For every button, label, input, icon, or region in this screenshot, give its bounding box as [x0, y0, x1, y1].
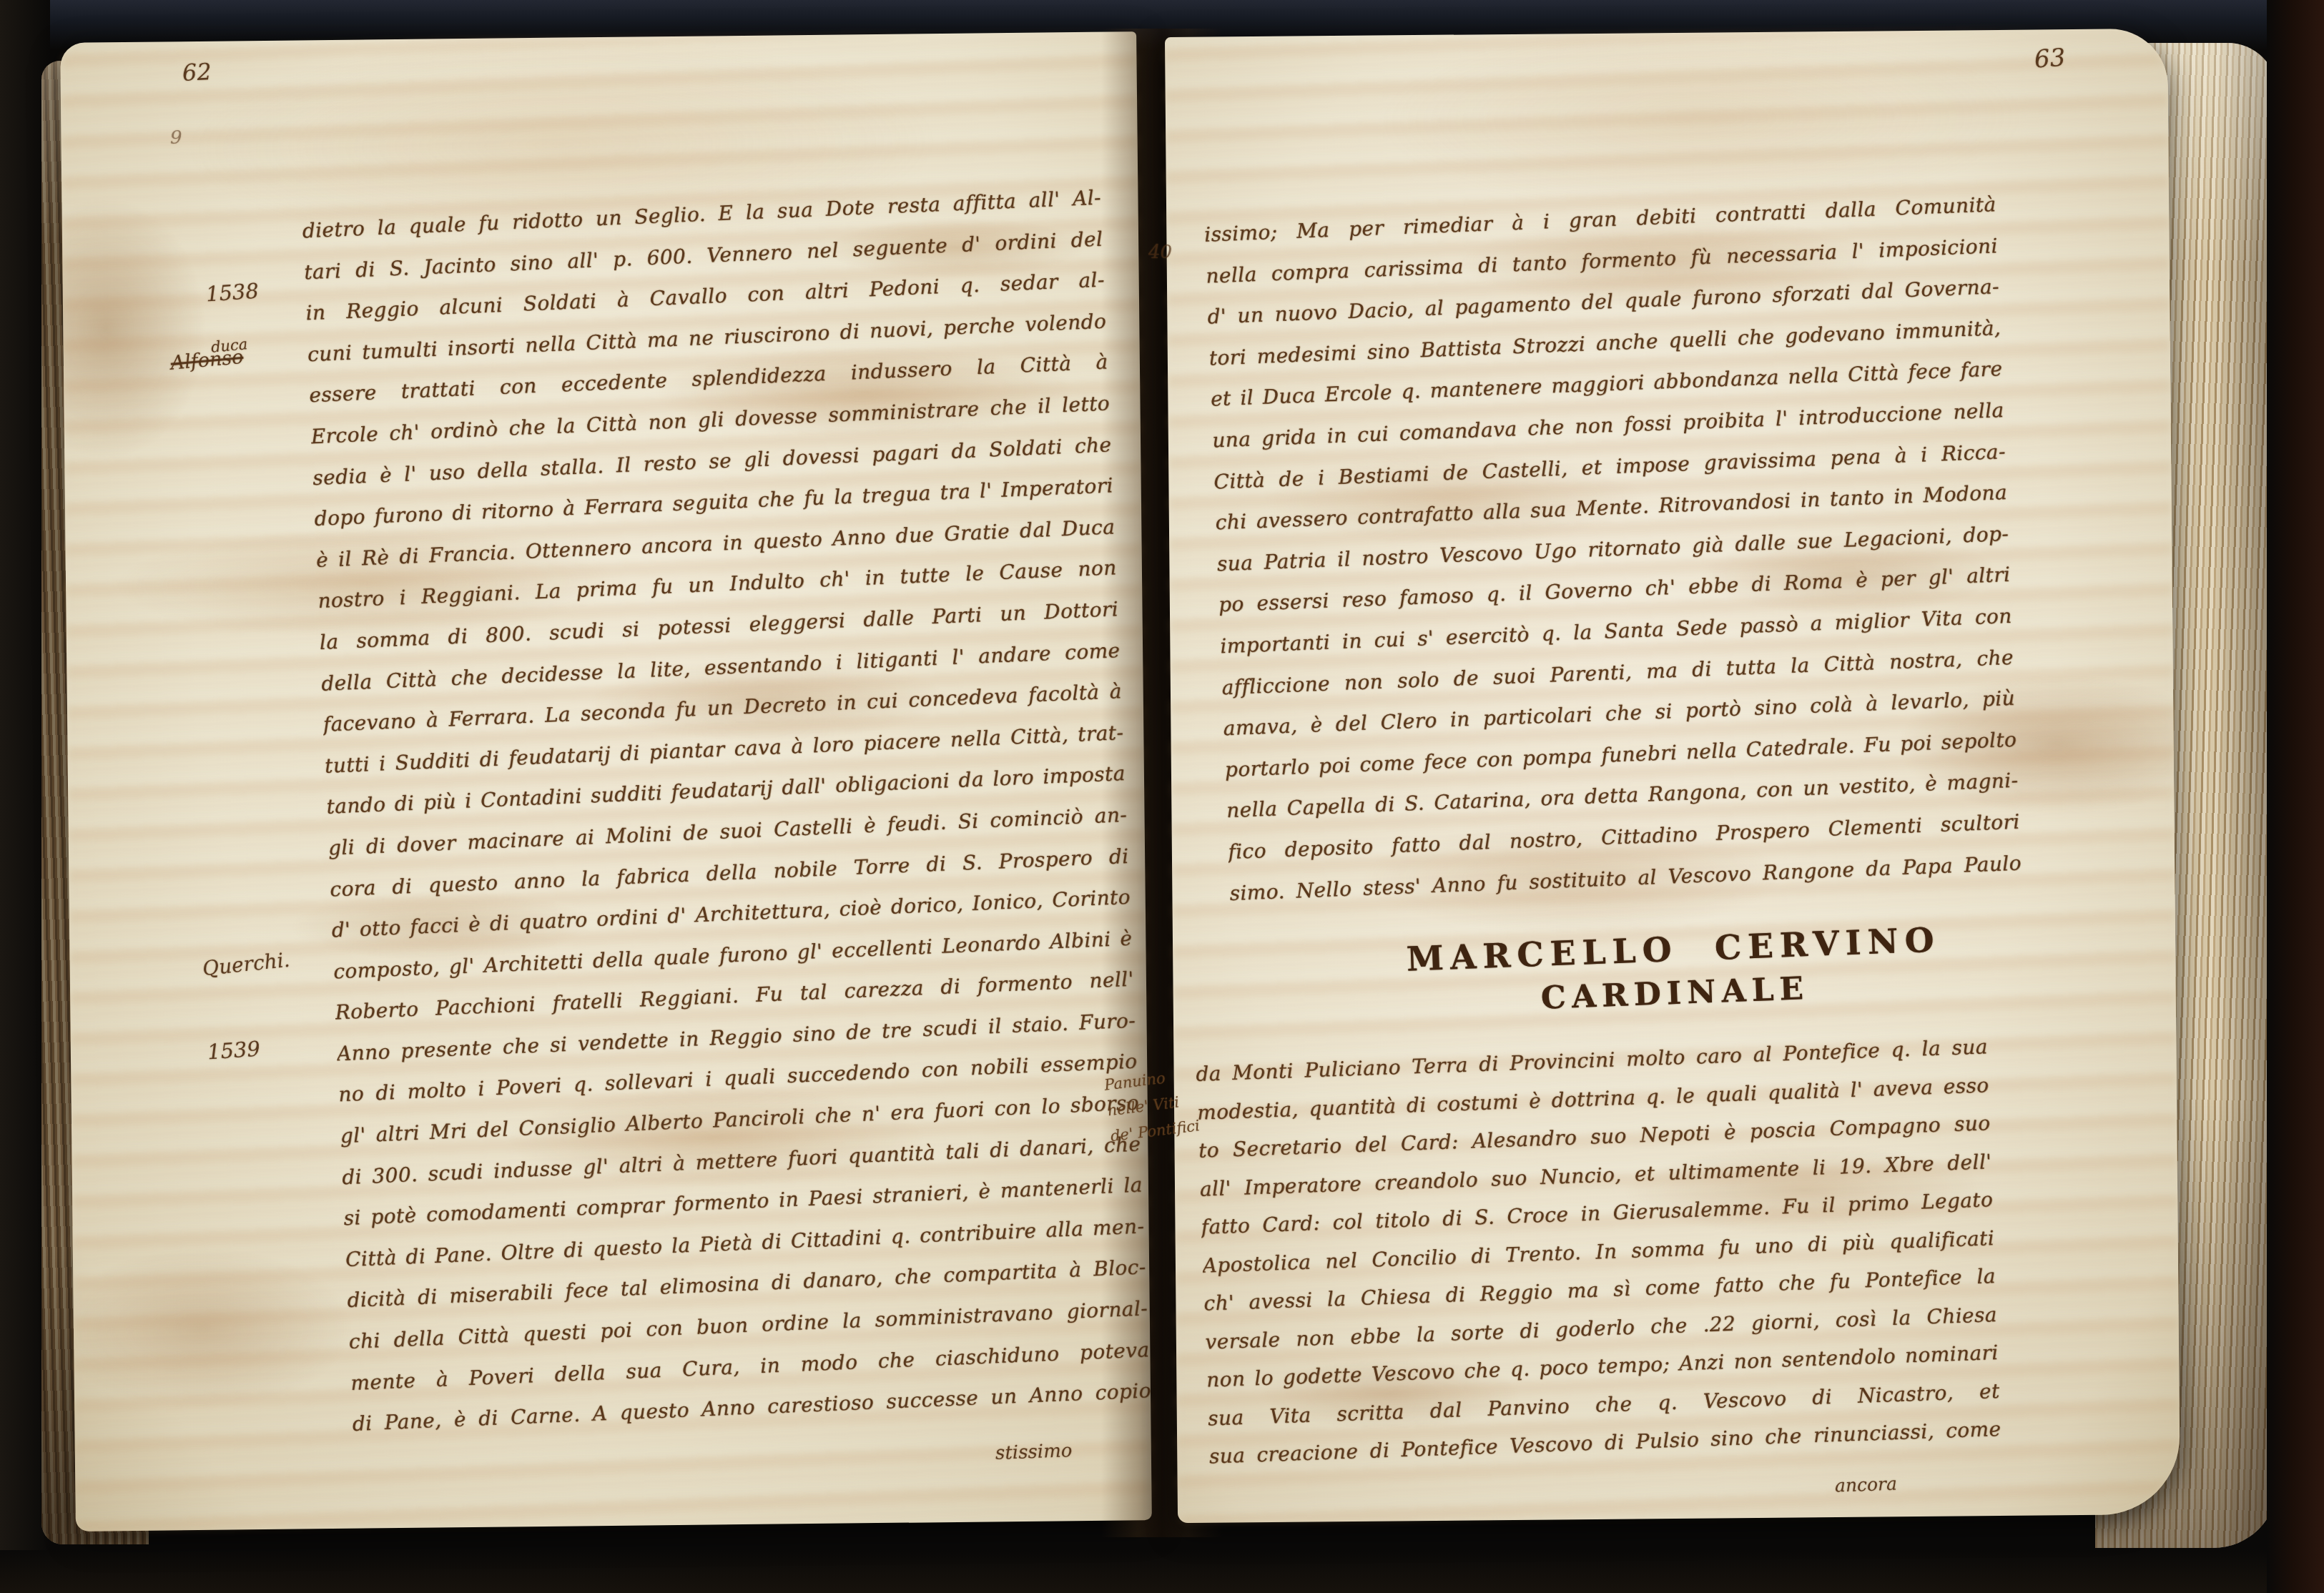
right-page: issimo; Ma per rimediar à i gran debiti …	[1165, 29, 2180, 1523]
side-note-line: nelle' Viti	[1106, 1093, 1180, 1119]
chapter-heading: MARCELLO CERVINO CARDINALE	[1172, 909, 2177, 1033]
right-page-upper-text-block: issimo; Ma per rimediar à i gran debiti …	[1203, 184, 2022, 914]
right-page-lower-text-block: da Monti Puliciano Terra di Provincini m…	[1195, 1027, 2002, 1476]
book-cover-right-edge	[2267, 0, 2324, 1593]
right-page-catchword: ancora	[1835, 1473, 1898, 1496]
right-page-number: 63	[2034, 44, 2067, 74]
left-page-number: 62	[182, 58, 212, 87]
left-page: dietro la quale fu ridotto un Seglio. E …	[60, 31, 1152, 1532]
margin-date-1539: 1539	[207, 1036, 261, 1064]
margin-mark-40: 40	[1148, 242, 1172, 263]
manuscript-photo: dietro la quale fu ridotto un Seglio. E …	[0, 0, 2324, 1593]
left-page-text-block: dietro la quale fu ridotto un Seglio. E …	[302, 177, 1152, 1445]
left-page-catchword: stissimo	[995, 1440, 1073, 1464]
margin-date-1538: 1538	[205, 278, 260, 306]
margin-side-note: Panuino nelle' Viti de' Pontifici	[1103, 1056, 1247, 1149]
quire-mark: 9	[170, 127, 182, 149]
side-note-line: Panuino	[1103, 1069, 1166, 1093]
book-cover-bottom-edge	[0, 1550, 2324, 1593]
margin-correction: duca Alfonso	[169, 335, 250, 374]
